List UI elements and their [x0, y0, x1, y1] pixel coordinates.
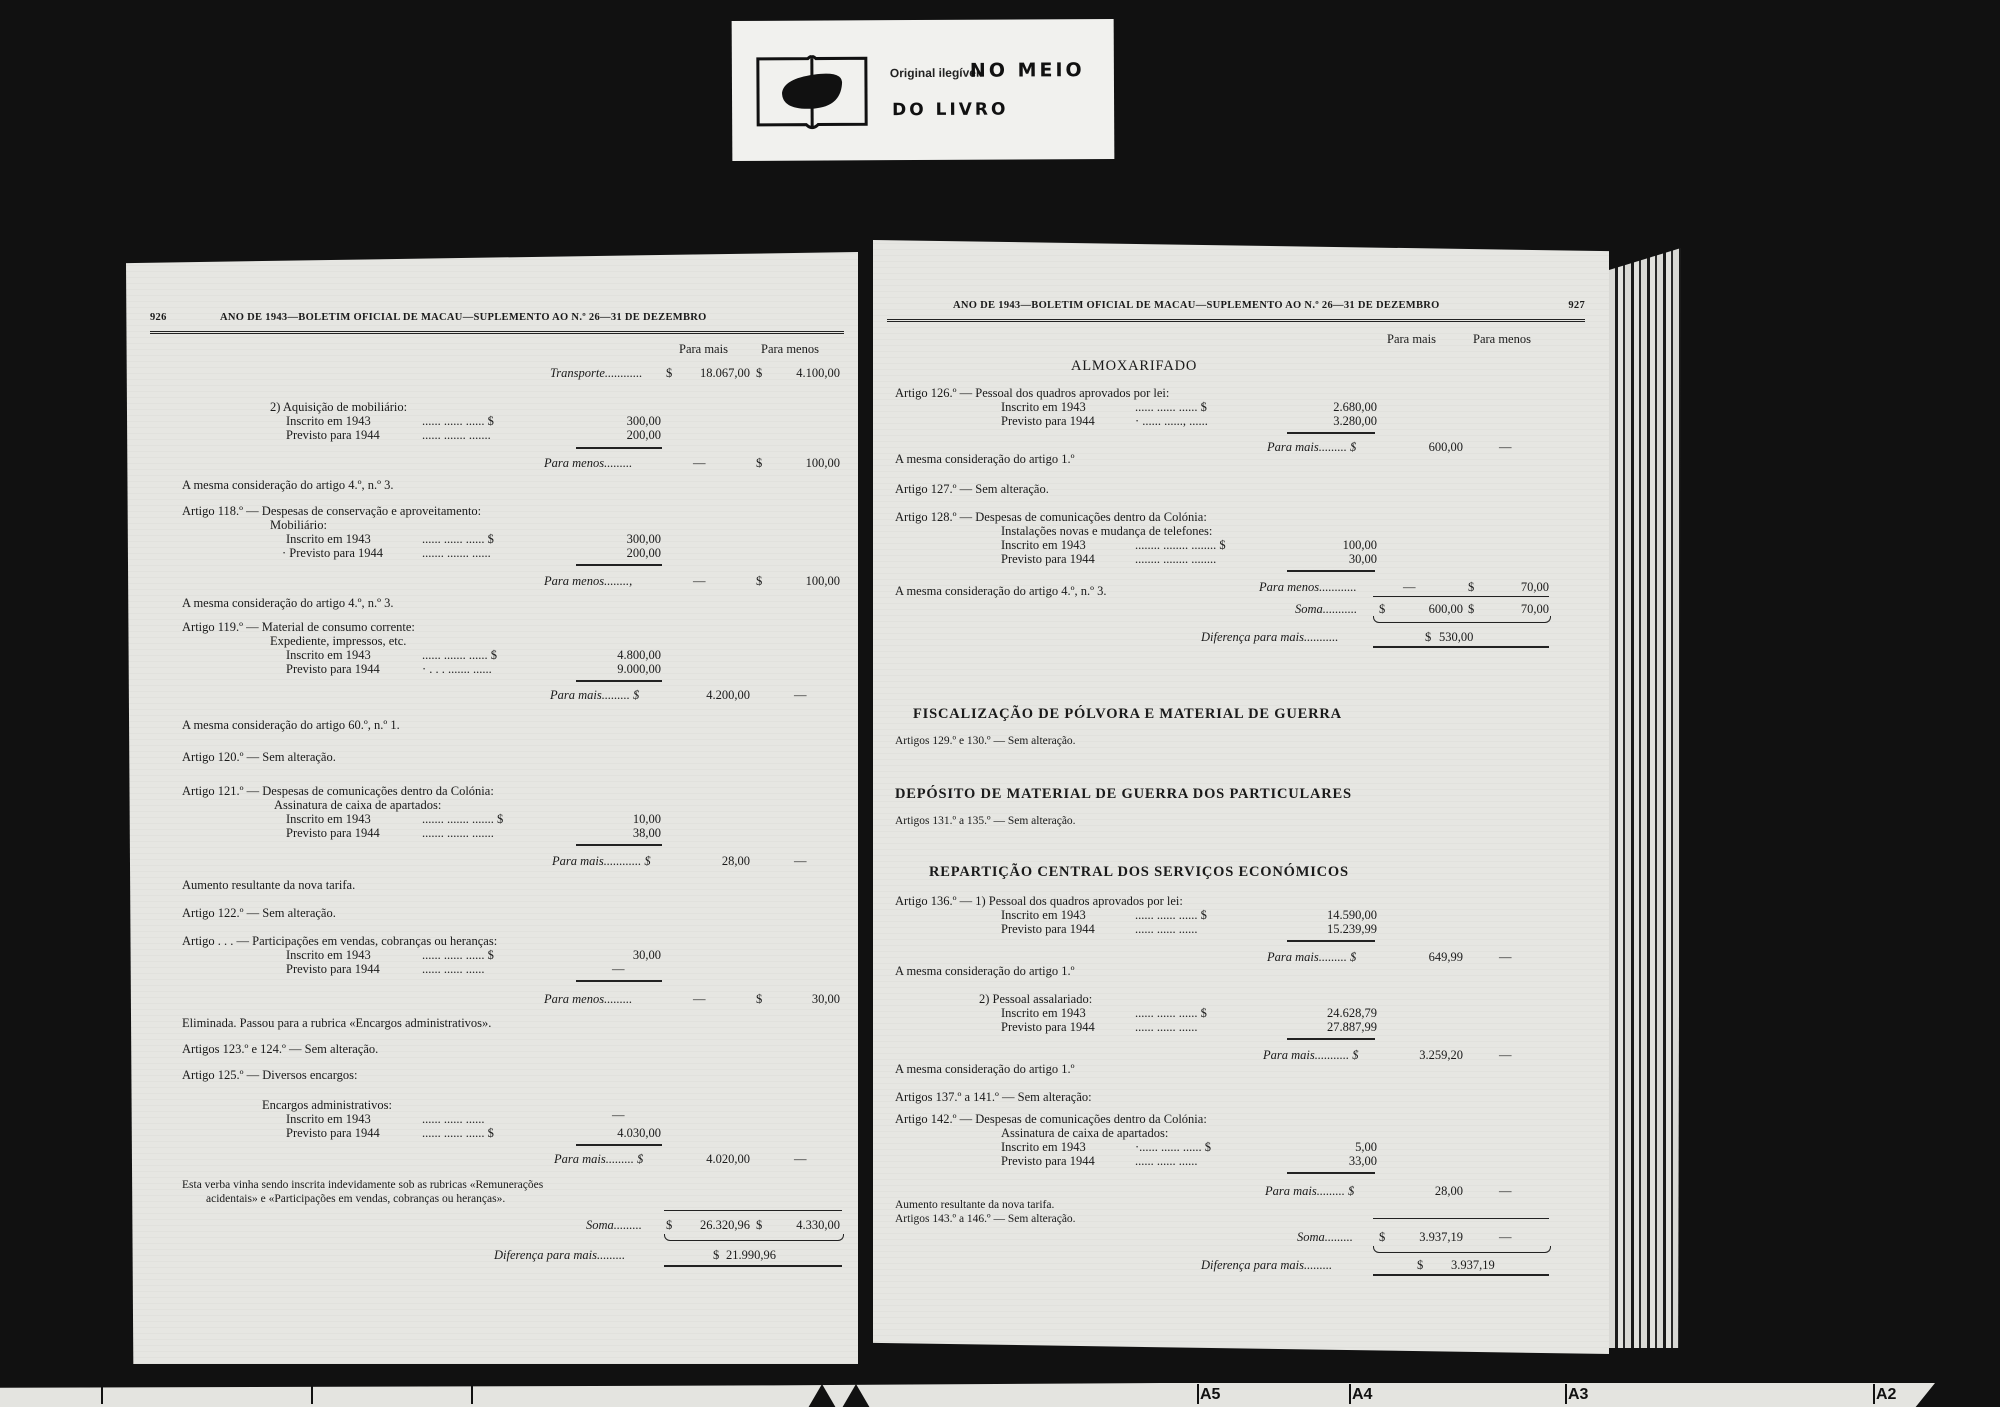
result-menos: — [1499, 1048, 1512, 1062]
currency: $ [756, 992, 762, 1006]
leader-dots: ...... ...... ...... $ [1135, 908, 1207, 922]
line-text: Previsto para 1944 [286, 826, 380, 840]
leader-dots: ....... ....... ....... [422, 826, 494, 840]
leader-dots: ....... ....... ...... [422, 546, 491, 560]
leader-dots: ...... ...... ...... $ [422, 1126, 494, 1140]
soma-label: Soma......... [1297, 1230, 1353, 1244]
leader-dots: ...... ...... ...... [422, 962, 485, 976]
amount: 15.239,99 [1327, 922, 1377, 937]
col-head-para-mais: Para mais [679, 342, 728, 357]
diferenca-label: Diferença para mais......... [494, 1248, 625, 1262]
result-mais: — [693, 992, 706, 1006]
section-deposito: DEPÓSITO DE MATERIAL DE GUERRA DOS PARTI… [895, 786, 1352, 803]
strip-mark-a2: A2 [1872, 1384, 1896, 1404]
subtotal-rule [1287, 570, 1375, 572]
book-page-edges [1609, 248, 1681, 1348]
amount: 14.590,00 [1327, 908, 1377, 923]
transporte-mais: 18.067,00 [700, 366, 750, 381]
left-page: 926 ANO DE 1943—BOLETIM OFICIAL DE MACAU… [126, 252, 858, 1364]
line-text: Previsto para 1944 [286, 662, 380, 676]
result-label: Para mais......... $ [1267, 950, 1356, 964]
currency: $ [713, 1248, 719, 1262]
currency: $ [666, 1218, 672, 1232]
line-text: Inscrito em 1943 [1001, 400, 1086, 414]
strip-tick [310, 1384, 314, 1404]
leader-dots: ........ ........ ........ [1135, 552, 1216, 566]
col-head-para-mais: Para mais [1387, 332, 1436, 347]
leader-dots: ...... ...... ...... $ [1135, 1006, 1207, 1020]
result-menos: — [794, 688, 807, 702]
result-mais: 28,00 [722, 854, 750, 869]
result-label: Para mais......... $ [554, 1152, 643, 1166]
result-mais: 3.259,20 [1419, 1048, 1463, 1063]
result-menos: 100,00 [806, 574, 840, 589]
result-menos: — [1499, 440, 1512, 454]
amount: 3.280,00 [1333, 414, 1377, 429]
amount: 30,00 [633, 948, 661, 963]
article-heading: Artigo 128.º — Despesas de comunicações … [895, 510, 1207, 524]
total-rule [664, 1265, 842, 1267]
amount: 200,00 [627, 546, 661, 561]
line-text: A mesma consideração do artigo 60.º, n.º… [182, 718, 400, 732]
diferenca-label: Diferença para mais........... [1201, 630, 1338, 644]
result-label: Para mais......... $ [550, 688, 639, 702]
line-text: Artigo 120.º — Sem alteração. [182, 750, 336, 764]
amount: 300,00 [627, 532, 661, 547]
line-text: A mesma consideração do artigo 4.º, n.º … [182, 478, 394, 492]
leader-dots: ...... ....... ....... [422, 428, 491, 442]
soma-label: Soma........... [1295, 602, 1357, 616]
book-gutter [858, 240, 873, 1370]
article-heading: Artigo 125.º — Diversos encargos: [182, 1068, 358, 1082]
currency: $ [1417, 1258, 1423, 1272]
result-mais: — [1403, 580, 1416, 594]
microfilm-reference-strip [0, 1383, 1935, 1407]
line-text: Previsto para 1944 [1001, 552, 1095, 566]
strip-tick [470, 1384, 474, 1404]
amount: 27.887,99 [1327, 1020, 1377, 1035]
currency: $ [756, 574, 762, 588]
line-text: Previsto para 1944 [1001, 1020, 1095, 1034]
amount: 100,00 [1343, 538, 1377, 553]
line-text: · Previsto para 1944 [282, 546, 383, 560]
handwritten-note-line2: DO LIVRO [892, 100, 1008, 121]
line-text: Encargos administrativos: [262, 1098, 392, 1112]
page-number: 927 [1568, 300, 1585, 311]
leader-dots: ...... ...... ...... $ [1135, 400, 1207, 414]
illegible-label: Original ilegível [890, 66, 979, 80]
currency: $ [1468, 580, 1474, 594]
running-head-title: ANO DE 1943—BOLETIM OFICIAL DE MACAU—SUP… [953, 300, 1440, 311]
result-label: Para menos........, [544, 574, 632, 588]
line-text: Inscrito em 1943 [1001, 908, 1086, 922]
line-text: Inscrito em 1943 [1001, 1006, 1086, 1020]
soma-label: Soma......... [586, 1218, 642, 1232]
article-heading: Artigo 136.º — 1) Pessoal dos quadros ap… [895, 894, 1183, 908]
total-rule [664, 1210, 842, 1211]
line-text: A mesma consideração do artigo 1.º [895, 964, 1075, 978]
result-label: Para menos............ [1259, 580, 1357, 594]
line-text: Artigo 127.º — Sem alteração. [895, 482, 1049, 496]
soma-mais: 600,00 [1429, 602, 1463, 617]
line-text: 2) Pessoal assalariado: [979, 992, 1092, 1006]
center-triangle-marker-icon [842, 1384, 870, 1407]
center-triangle-marker-icon [808, 1384, 836, 1407]
line-text: Artigos 123.º e 124.º — Sem alteração. [182, 1042, 378, 1056]
soma-mais: 26.320,96 [700, 1218, 750, 1233]
line-text: A mesma consideração do artigo 1.º [895, 452, 1075, 466]
line-text: Eliminada. Passou para a rubrica «Encarg… [182, 1016, 491, 1030]
leader-dots: · . . . ....... ...... [422, 662, 492, 676]
result-label: Para mais......... $ [1267, 440, 1356, 454]
line-text: Inscrito em 1943 [1001, 1140, 1086, 1154]
amount: 38,00 [633, 826, 661, 841]
strip-mark-a3: A3 [1564, 1384, 1588, 1404]
subtotal-rule [1287, 1172, 1375, 1174]
line-text: Artigos 129.º e 130.º — Sem alteração. [895, 734, 1076, 748]
subtotal-rule [576, 564, 662, 566]
soma-menos: 4.330,00 [796, 1218, 840, 1233]
footnote-text: Esta verba vinha sendo inscrita indevida… [182, 1178, 543, 1192]
amount: 10,00 [633, 812, 661, 827]
amount: 33,00 [1349, 1154, 1377, 1169]
amount: 5,00 [1355, 1140, 1377, 1155]
amount: 4.030,00 [617, 1126, 661, 1141]
result-menos: — [794, 1152, 807, 1166]
section-fiscalizacao: FISCALIZAÇÃO DE PÓLVORA E MATERIAL DE GU… [913, 706, 1342, 723]
amount: 30,00 [1349, 552, 1377, 567]
result-label: Para mais........... $ [1263, 1048, 1359, 1062]
article-heading: Artigo 118.º — Despesas de conservação e… [182, 504, 481, 518]
leader-dots: ...... ...... ...... $ [422, 948, 494, 962]
line-text: Previsto para 1944 [286, 428, 380, 442]
leader-dots: ...... ....... ...... $ [422, 648, 497, 662]
result-mais: 4.020,00 [706, 1152, 750, 1167]
col-head-para-menos: Para menos [1473, 332, 1531, 347]
total-brace [1373, 1246, 1551, 1253]
leader-dots: ...... ...... ...... [1135, 922, 1198, 936]
total-brace [1373, 616, 1551, 623]
article-heading: Artigo 119.º — Material de consumo corre… [182, 620, 415, 634]
line-text: Previsto para 1944 [1001, 1154, 1095, 1168]
line-text: 2) Aquisição de mobiliário: [270, 400, 407, 414]
currency: $ [1425, 630, 1431, 644]
diferenca-value: 530,00 [1439, 630, 1473, 644]
result-menos: — [1499, 1184, 1512, 1198]
subtotal-rule [1287, 940, 1375, 942]
illegible-original-tag: Original ilegível NO MEIO DO LIVRO [732, 19, 1115, 161]
amount: — [612, 962, 625, 976]
currency: $ [1468, 602, 1474, 616]
line-text: Inscrito em 1943 [286, 1112, 371, 1126]
currency: $ [1379, 1230, 1385, 1244]
line-text: A mesma consideração do artigo 1.º [895, 1062, 1075, 1076]
transporte-label: Transporte............ [550, 366, 642, 380]
leader-dots: ....... ....... ....... $ [422, 812, 503, 826]
strip-mark-a4: A4 [1348, 1384, 1372, 1404]
result-mais: 4.200,00 [706, 688, 750, 703]
result-mais: — [693, 456, 706, 470]
line-text: Assinatura de caixa de apartados: [1001, 1126, 1168, 1140]
result-label: Para menos......... [544, 992, 632, 1006]
line-text: Inscrito em 1943 [286, 532, 371, 546]
line-text: Inscrito em 1943 [286, 648, 371, 662]
total-rule [1373, 1218, 1549, 1219]
subtotal-rule [576, 844, 662, 846]
leader-dots: ........ ........ ........ $ [1135, 538, 1226, 552]
diferenca-value: 21.990,96 [726, 1248, 776, 1262]
article-heading: Artigo 142.º — Despesas de comunicações … [895, 1112, 1207, 1126]
line-text: Inscrito em 1943 [286, 812, 371, 826]
right-page: ANO DE 1943—BOLETIM OFICIAL DE MACAU—SUP… [873, 240, 1609, 1354]
result-menos: 70,00 [1521, 580, 1549, 595]
line-text: Previsto para 1944 [1001, 922, 1095, 936]
result-menos: 30,00 [812, 992, 840, 1007]
total-rule [1373, 596, 1549, 597]
line-text: Previsto para 1944 [1001, 414, 1095, 428]
soma-menos: 70,00 [1521, 602, 1549, 617]
strip-mark-a5: A5 [1196, 1384, 1220, 1404]
result-mais: 649,99 [1429, 950, 1463, 965]
line-text: Artigo 122.º — Sem alteração. [182, 906, 336, 920]
subtotal-rule [1287, 432, 1375, 434]
running-head-title: ANO DE 1943—BOLETIM OFICIAL DE MACAU—SUP… [220, 312, 707, 323]
result-menos: 100,00 [806, 456, 840, 471]
article-heading: Artigo 121.º — Despesas de comunicações … [182, 784, 494, 798]
amount: — [612, 1108, 625, 1122]
result-label: Para mais............ $ [552, 854, 651, 868]
subtotal-rule [576, 1144, 662, 1146]
section-reparticao: REPARTIÇÃO CENTRAL DOS SERVIÇOS ECONÓMIC… [929, 864, 1349, 881]
article-heading: Artigo . . . — Participações em vendas, … [182, 934, 497, 948]
amount: 2.680,00 [1333, 400, 1377, 415]
open-book-with-blot-icon [754, 50, 870, 131]
subtotal-rule [1287, 1038, 1375, 1040]
leader-dots: · ...... ......, ...... [1135, 414, 1208, 428]
transporte-menos: 4.100,00 [796, 366, 840, 381]
subtotal-rule [576, 447, 662, 449]
running-head-right: ANO DE 1943—BOLETIM OFICIAL DE MACAU—SUP… [887, 300, 1585, 322]
line-text: Mobiliário: [270, 518, 327, 532]
total-brace [664, 1234, 844, 1241]
amount: 200,00 [627, 428, 661, 443]
currency: $ [666, 366, 672, 380]
leader-dots: ...... ...... ...... $ [422, 532, 494, 546]
result-label: Para mais......... $ [1265, 1184, 1354, 1198]
result-label: Para menos......... [544, 456, 632, 470]
amount: 4.800,00 [617, 648, 661, 663]
soma-mais: 3.937,19 [1419, 1230, 1463, 1245]
result-mais: 28,00 [1435, 1184, 1463, 1199]
result-menos: — [1499, 950, 1512, 964]
amount: 9.000,00 [617, 662, 661, 677]
leader-dots: ·...... ...... ...... $ [1135, 1140, 1211, 1154]
line-text: Artigos 137.º a 141.º — Sem alteração: [895, 1090, 1092, 1104]
line-text: Assinatura de caixa de apartados: [274, 798, 441, 812]
line-text: A mesma consideração do artigo 4.º, n.º … [182, 596, 394, 610]
currency: $ [756, 1218, 762, 1232]
line-text: Expediente, impressos, etc. [270, 634, 406, 648]
line-text: Inscrito em 1943 [286, 414, 371, 428]
amount: 24.628,79 [1327, 1006, 1377, 1021]
leader-dots: ...... ...... ...... [1135, 1154, 1198, 1168]
leader-dots: ...... ...... ...... $ [422, 414, 494, 428]
total-rule [1373, 1274, 1549, 1276]
col-head-para-menos: Para menos [761, 342, 819, 357]
currency: $ [756, 456, 762, 470]
total-rule [1373, 646, 1549, 648]
leader-dots: ...... ...... ...... [422, 1112, 485, 1126]
currency: $ [756, 366, 762, 380]
section-almoxarifado: ALMOXARIFADO [1071, 358, 1197, 375]
line-text: Inscrito em 1943 [286, 948, 371, 962]
diferenca-value: 3.937,19 [1451, 1258, 1495, 1272]
page-number: 926 [150, 312, 167, 323]
strip-tick [100, 1384, 104, 1404]
subtotal-rule [576, 680, 662, 682]
line-text: Artigos 143.º a 146.º — Sem alteração. [895, 1212, 1076, 1226]
result-mais: — [693, 574, 706, 588]
result-mais: 600,00 [1429, 440, 1463, 455]
result-menos: — [794, 854, 807, 868]
currency: $ [1379, 602, 1385, 616]
footnote-text: acidentais» e «Participações em vendas, … [206, 1192, 505, 1206]
amount: 300,00 [627, 414, 661, 429]
leader-dots: ...... ...... ...... [1135, 1020, 1198, 1034]
running-head-left: 926 ANO DE 1943—BOLETIM OFICIAL DE MACAU… [150, 312, 844, 334]
line-text: Aumento resultante da nova tarifa. [182, 878, 355, 892]
line-text: Previsto para 1944 [286, 962, 380, 976]
handwritten-note-line1: NO MEIO [970, 59, 1085, 82]
line-text: Aumento resultante da nova tarifa. [895, 1198, 1054, 1212]
line-text: Previsto para 1944 [286, 1126, 380, 1140]
line-text: Artigos 131.º a 135.º — Sem alteração. [895, 814, 1076, 828]
line-text: Instalações novas e mudança de telefones… [1001, 524, 1212, 538]
article-heading: Artigo 126.º — Pessoal dos quadros aprov… [895, 386, 1169, 400]
subtotal-rule [576, 980, 662, 982]
line-text: A mesma consideração do artigo 4.º, n.º … [895, 584, 1107, 598]
diferenca-label: Diferença para mais......... [1201, 1258, 1332, 1272]
line-text: Inscrito em 1943 [1001, 538, 1086, 552]
soma-menos: — [1499, 1230, 1512, 1244]
